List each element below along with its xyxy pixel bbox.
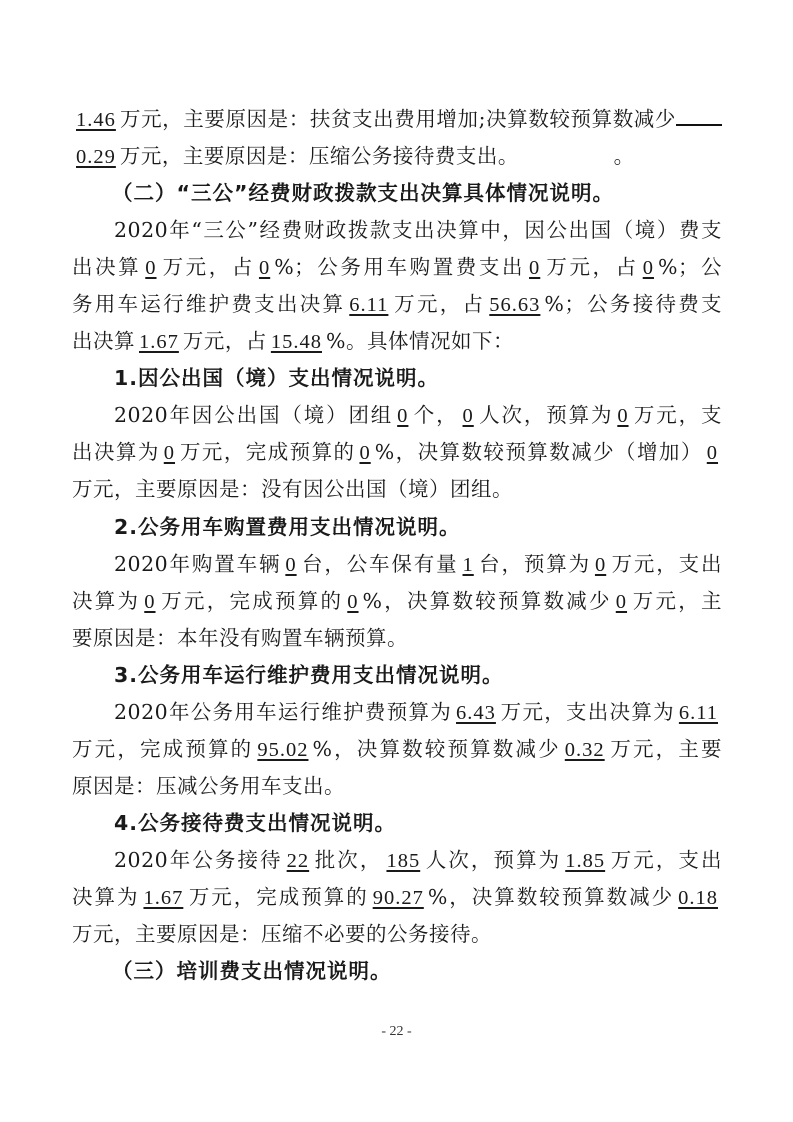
text-run: 台，公车保有量: [301, 552, 459, 576]
paragraph-line: 万元，主要原因是：没有因公出国（境）团组。: [72, 471, 722, 508]
text-run: 2020年公务接待: [114, 848, 283, 872]
text-run: 决算为: [72, 885, 139, 909]
text-run: 出决算为: [72, 440, 160, 464]
filled-value: 1.46: [72, 109, 120, 131]
text-run: %；公务接待费支: [544, 292, 722, 316]
text-run: 出决算: [72, 255, 141, 279]
text-run: 万元，主要原因是：扶贫支出费用增加;决算数较预算数减少: [120, 107, 676, 131]
text-run: 万元，主要原因是：没有因公出国（境）团组。: [72, 477, 513, 501]
heading-text: （三）培训费支出情况说明。: [112, 959, 392, 983]
filled-value: 0: [160, 442, 179, 464]
text-run: 原因是：压减公务用车支出。: [72, 774, 345, 798]
filled-value: 1.85: [561, 850, 609, 872]
text-run: 2020年购置车辆: [114, 552, 281, 576]
filled-value: 0: [703, 442, 722, 464]
filled-value: 90.27: [369, 887, 428, 909]
filled-value: 95.02: [253, 739, 312, 761]
paragraph-line: 出决算为0万元，完成预算的0%，决算数较预算数减少（增加）0: [72, 434, 722, 471]
text-run: 万元，占: [392, 292, 485, 316]
text-run: 万元，支: [633, 403, 722, 427]
text-run: 台，预算为: [478, 552, 591, 576]
filled-value: 6.43: [452, 702, 500, 724]
filled-value: 0: [140, 591, 159, 613]
text-run: 批次，: [313, 848, 382, 872]
filled-value: 0: [355, 442, 374, 464]
text-run: 万元，支出: [610, 552, 722, 576]
text-run: 2020年因公出国（境）团组: [114, 403, 393, 427]
text-run: 2020年“三公”经费财政拨款支出决算中，因公出国（境）费支: [114, 218, 722, 242]
text-run: 人次，预算为: [424, 848, 561, 872]
filled-value: 0: [393, 405, 412, 427]
text-run: 务用车运行维护费支出决算: [72, 292, 345, 316]
filled-value: 0: [639, 257, 658, 279]
text-run: %。具体情况如下：: [326, 329, 514, 353]
filled-value: 1.67: [135, 331, 183, 353]
filled-value: 0: [525, 257, 544, 279]
text-run: 。: [509, 144, 635, 168]
filled-value: 0: [613, 405, 632, 427]
text-run: %；公务用车购置费支出: [274, 255, 525, 279]
filled-value: 0: [281, 554, 300, 576]
section-heading: （三）培训费支出情况说明。: [72, 953, 722, 990]
filled-value: 0: [612, 591, 631, 613]
paragraph-line: 万元，完成预算的95.02%，决算数较预算数减少0.32万元，主要: [72, 731, 722, 768]
text-run: 万元，主要原因是：压缩公务接待费支出。: [120, 144, 509, 168]
text-run: 万元，完成预算的: [160, 589, 344, 613]
text-run: 万元，主: [631, 589, 722, 613]
filled-value: 15.48: [267, 331, 326, 353]
text-run: 2020年公务用车运行维护费预算为: [114, 700, 452, 724]
subsection-heading: 4.公务接待费支出情况说明。: [72, 805, 722, 842]
text-run: 万元，支出: [609, 848, 722, 872]
text-run: %，决算数较预算数减少: [428, 885, 674, 909]
heading-text: （二）“三公”经费财政拨款支出决算具体情况说明。: [112, 181, 614, 205]
paragraph-line: 决算为0万元，完成预算的0%，决算数较预算数减少0万元，主: [72, 583, 722, 620]
paragraph-line: 2020年“三公”经费财政拨款支出决算中，因公出国（境）费支: [72, 212, 722, 249]
heading-text: 1.因公出国（境）支出情况说明。: [114, 366, 439, 390]
heading-text: 2.公务用车购置费用支出情况说明。: [114, 515, 461, 539]
text-run: 要原因是：本年没有购置车辆预算。: [72, 626, 408, 650]
text-run: %，决算数较预算数减少: [363, 589, 612, 613]
heading-text: 4.公务接待费支出情况说明。: [114, 811, 396, 835]
filled-value: 22: [283, 850, 314, 872]
text-run: 决算为: [72, 589, 140, 613]
filled-value: 0.29: [72, 146, 120, 168]
paragraph-line: 2020年因公出国（境）团组0个，0人次，预算为0万元，支: [72, 397, 722, 434]
text-run: 出决算: [72, 329, 135, 353]
text-run: 万元，完成预算的: [179, 440, 355, 464]
filled-value: 6.11: [675, 702, 722, 724]
paragraph-line: 2020年购置车辆0台，公车保有量1台，预算为0万元，支出: [72, 546, 722, 583]
filled-value: 1: [459, 554, 478, 576]
text-run: 万元，完成预算的: [72, 737, 253, 761]
text-run: 万元，占: [544, 255, 638, 279]
text-run: %，决算数较预算数减少: [312, 737, 560, 761]
paragraph-line: 1.46万元，主要原因是：扶贫支出费用增加;决算数较预算数减少: [72, 101, 722, 138]
subsection-heading: 2.公务用车购置费用支出情况说明。: [72, 509, 722, 546]
paragraph-line: 要原因是：本年没有购置车辆预算。: [72, 620, 722, 657]
paragraph-line: 万元，主要原因是：压缩不必要的公务接待。: [72, 916, 722, 953]
page-number: - 22 -: [0, 1024, 793, 1040]
text-run: 万元，主要原因是：压缩不必要的公务接待。: [72, 922, 492, 946]
section-heading: （二）“三公”经费财政拨款支出决算具体情况说明。: [72, 175, 722, 212]
paragraph-line: 原因是：压减公务用车支出。: [72, 768, 722, 805]
text-run: 万元，支出决算为: [500, 700, 675, 724]
text-run: %；公: [658, 255, 722, 279]
paragraph-line: 务用车运行维护费支出决算6.11万元，占56.63%；公务接待费支: [72, 286, 722, 323]
blank-underline: [676, 106, 722, 126]
filled-value: 0.32: [561, 739, 609, 761]
filled-value: 56.63: [485, 294, 544, 316]
text-run: %，决算数较预算数减少（增加）: [375, 440, 703, 464]
paragraph-line: 决算为1.67万元，完成预算的90.27%，决算数较预算数减少0.18: [72, 879, 722, 916]
text-run: 万元，完成预算的: [187, 885, 368, 909]
filled-value: 0: [255, 257, 274, 279]
filled-value: 0: [141, 257, 160, 279]
text-run: 万元，占: [161, 255, 255, 279]
filled-value: 185: [382, 850, 424, 872]
text-run: 万元，占: [183, 329, 267, 353]
paragraph-line: 出决算0万元，占0%；公务用车购置费支出0万元，占0%；公: [72, 249, 722, 286]
subsection-heading: 3.公务用车运行维护费用支出情况说明。: [72, 657, 722, 694]
text-run: 个，: [412, 403, 458, 427]
filled-value: 0: [343, 591, 362, 613]
filled-value: 0: [591, 554, 610, 576]
text-run: 万元，主要: [609, 737, 722, 761]
paragraph-line: 2020年公务用车运行维护费预算为6.43万元，支出决算为6.11: [72, 694, 722, 731]
heading-text: 3.公务用车运行维护费用支出情况说明。: [114, 663, 504, 687]
filled-value: 6.11: [345, 294, 392, 316]
paragraph-line: 出决算1.67万元，占15.48%。具体情况如下：: [72, 323, 722, 360]
filled-value: 0.18: [674, 887, 722, 909]
document-page: 1.46万元，主要原因是：扶贫支出费用增加;决算数较预算数减少0.29万元，主要…: [72, 101, 722, 990]
text-run: 人次，预算为: [478, 403, 614, 427]
paragraph-line: 0.29万元，主要原因是：压缩公务接待费支出。 。: [72, 138, 722, 175]
filled-value: 0: [459, 405, 478, 427]
subsection-heading: 1.因公出国（境）支出情况说明。: [72, 360, 722, 397]
filled-value: 1.67: [139, 887, 187, 909]
paragraph-line: 2020年公务接待22批次，185人次，预算为1.85万元，支出: [72, 842, 722, 879]
